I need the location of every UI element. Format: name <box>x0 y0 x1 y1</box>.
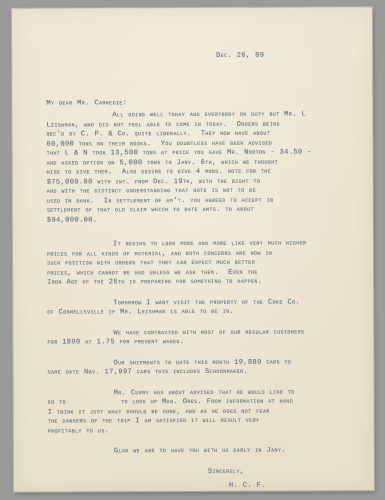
letter-line: All going well today and everybody on du… <box>46 110 350 121</box>
letter-salutation: My dear Mr. Carnegie: <box>46 98 350 109</box>
letter-line: Iron Age of the 26th is preparing for so… <box>47 277 351 288</box>
paragraph: It begins to look more and more like ver… <box>47 239 351 288</box>
paragraph: Our shipments to date this month 19,889 … <box>47 358 351 378</box>
letter-closing: Sincerely, <box>208 467 352 477</box>
letter-paper: Dec. 26, 89 My dear Mr. Carnegie: All go… <box>12 7 374 492</box>
letter-line: $94,000.00. <box>47 215 351 226</box>
letter-line: profitably to us. <box>48 426 352 437</box>
letter-content: Dec. 26, 89 My dear Mr. Carnegie: All go… <box>46 51 352 492</box>
letter-line: It begins to look more and more like ver… <box>47 239 351 250</box>
paragraph: All going well today and everybody on du… <box>46 110 350 225</box>
letter-signature: H. C. F. <box>229 481 352 491</box>
paragraph: Glad we are to have you with us early in… <box>48 446 352 457</box>
letter-line: that L & N took 13,500 tons at price you… <box>47 148 351 159</box>
paragraph: Mr. Curry has about advised that he woul… <box>48 388 352 437</box>
paragraph: We have contracted with most of our regu… <box>47 328 351 348</box>
letter-line: Glad we are to have you with us early in… <box>48 446 352 457</box>
letter-line: same date Nov. 17,997 cars this includes… <box>48 367 352 378</box>
letter-body: All going well today and everybody on du… <box>46 110 352 457</box>
letter-date: Dec. 26, 89 <box>216 51 350 61</box>
letter-line: of Connellsville if Mr. Leishman is able… <box>47 307 351 318</box>
letter-line: for 1890 at 1.75 for present wages. <box>47 337 351 348</box>
paragraph: Tomorrow I want visit the property of th… <box>47 298 351 318</box>
scan-background: Dec. 26, 89 My dear Mr. Carnegie: All go… <box>0 0 385 500</box>
